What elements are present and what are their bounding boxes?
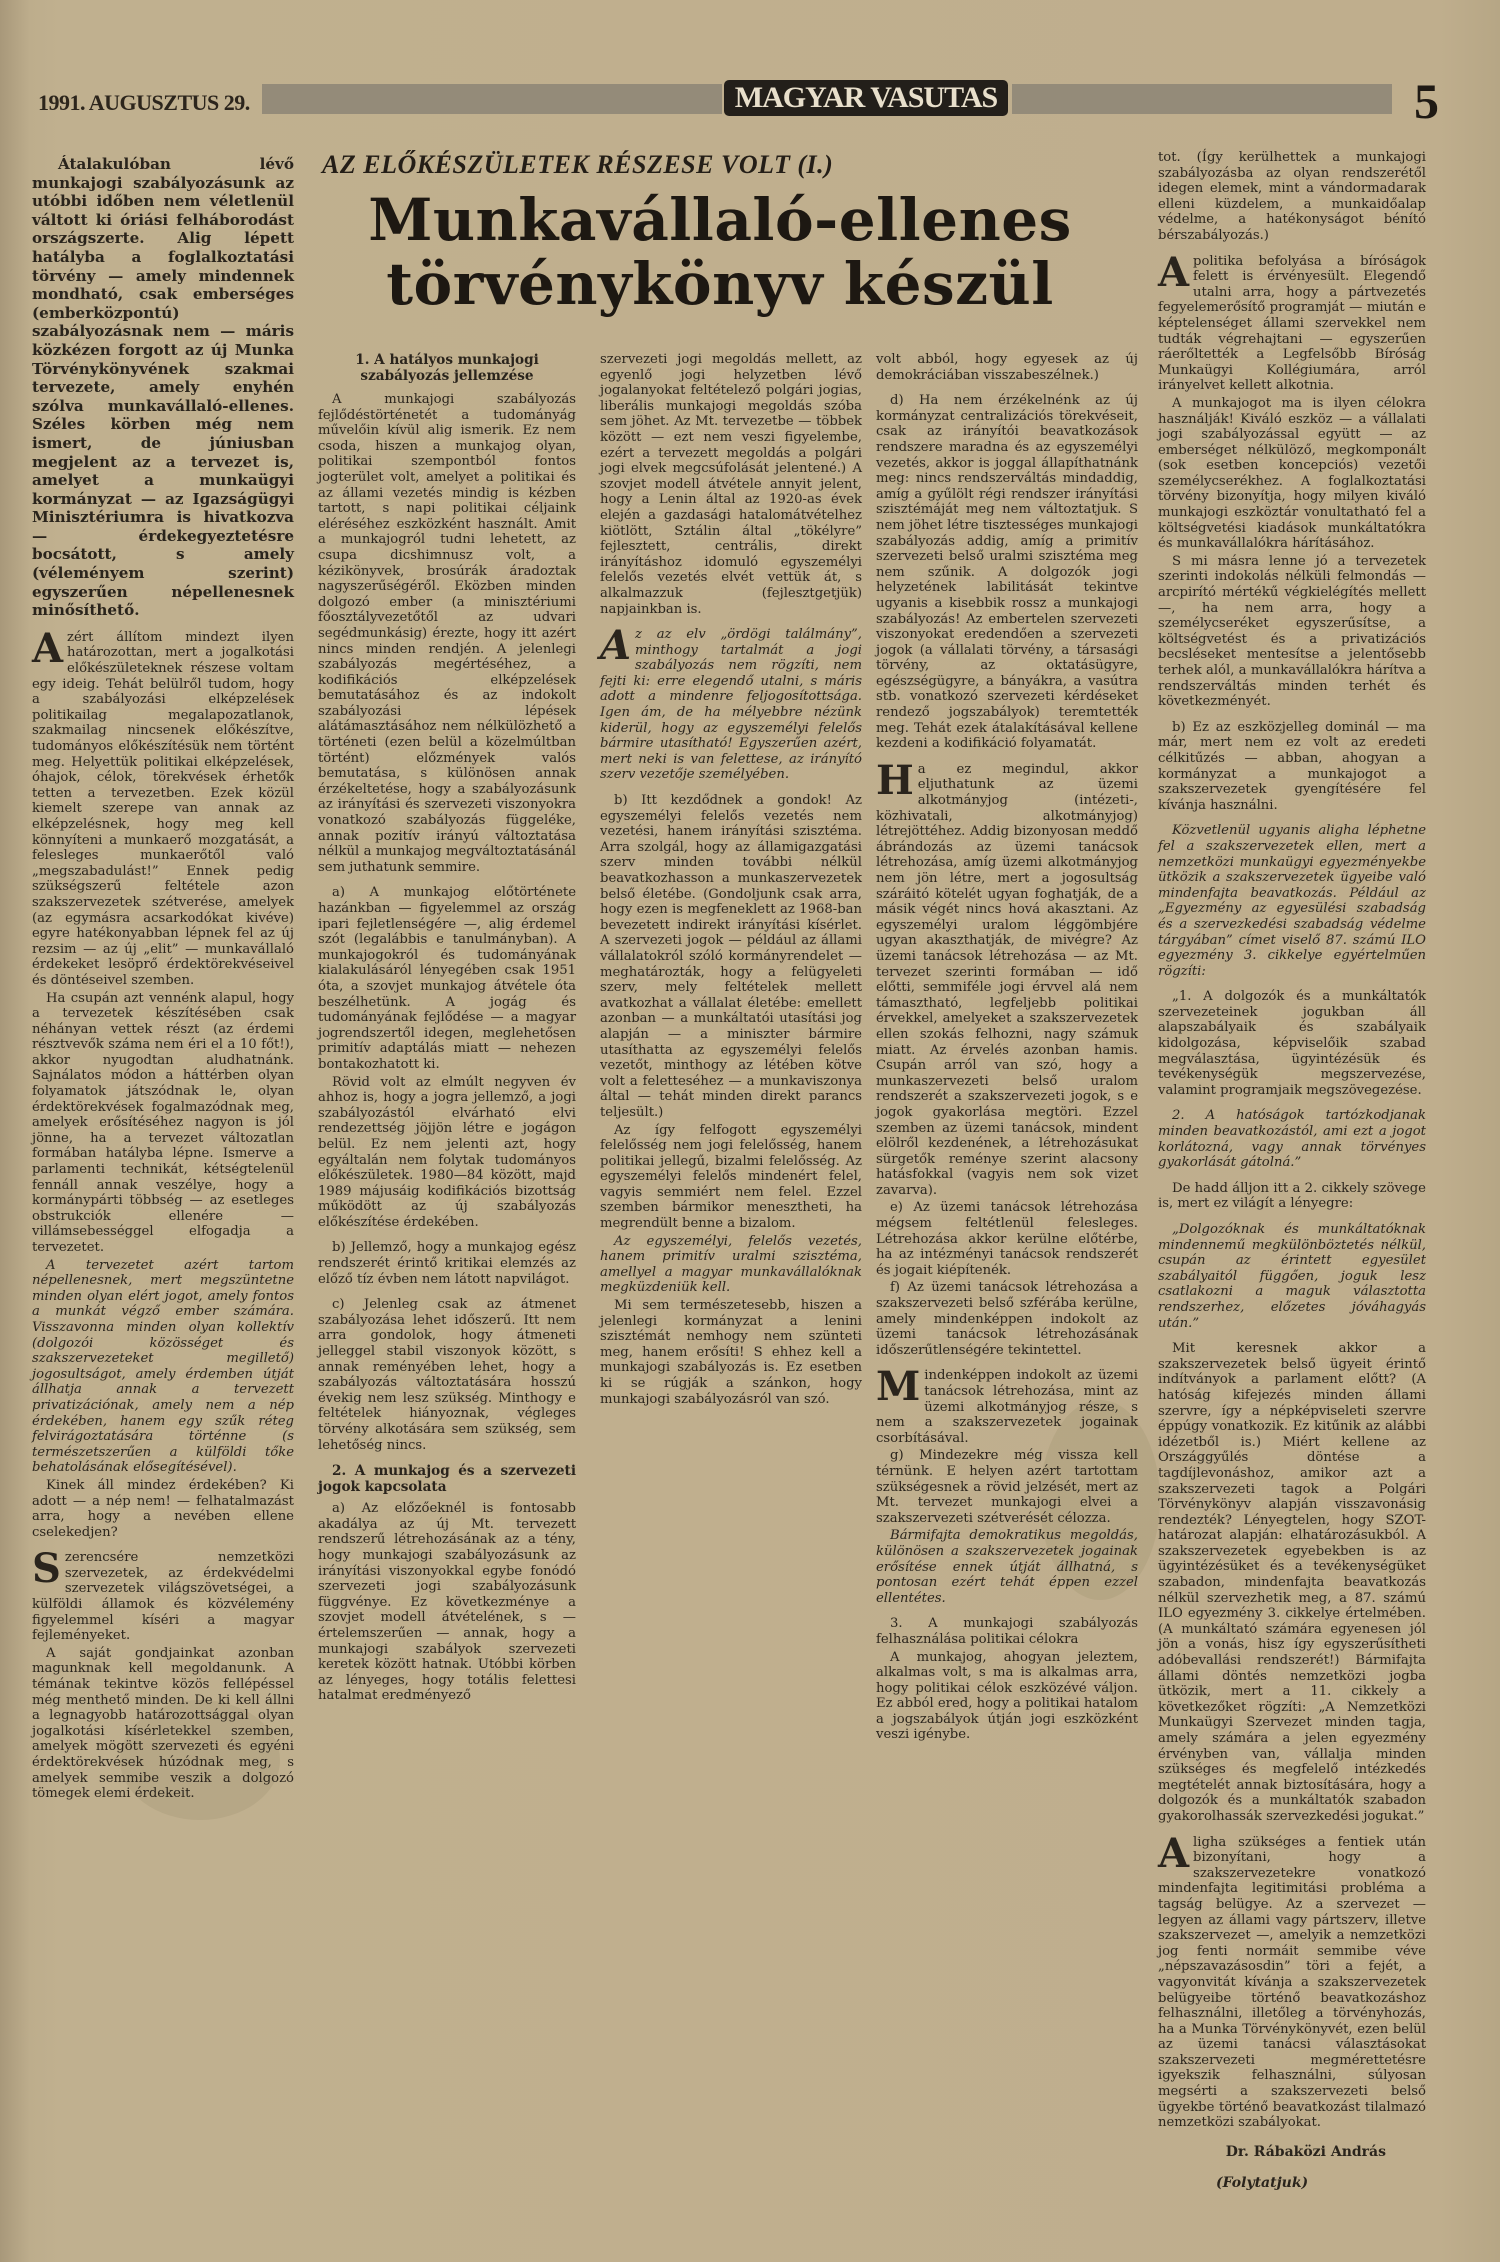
paragraph: Közvetlenül ugyanis aligha léphetne fel … — [1158, 823, 1426, 979]
paragraph: Kinek áll mindez érdekében? Ki adott — a… — [32, 1478, 294, 1540]
column-3: szervezeti jogi megoldás mellett, az egy… — [600, 352, 862, 1409]
paragraph: a) Az előzőeknél is fontosabb akadálya a… — [318, 1501, 576, 1704]
section-heading-2: 2. A munkajog és a szervezeti jogok kapc… — [318, 1463, 576, 1495]
article-headline: Munkavállaló-ellenes törvénykönyv készül — [350, 188, 1090, 316]
paragraph: Mit keresnek akkor a szakszervezetek bel… — [1158, 1341, 1426, 1824]
lead-paragraph: Átalakulóban lévő munkajogi szabályozásu… — [32, 155, 294, 620]
masthead-rule-right — [1012, 84, 1392, 114]
paragraph: Ha ez megindul, akkor eljuthatunk az üze… — [876, 762, 1138, 1199]
paragraph: Mi sem természetesebb, hiszen a jelenleg… — [600, 1298, 862, 1407]
publication-logo: MAGYAR VASUTAS — [724, 80, 1008, 116]
paragraph: Szerencsére nemzetközi szervezetek, az é… — [32, 1550, 294, 1644]
paragraph: A politika befolyása a bíróságok felett … — [1158, 254, 1426, 394]
paragraph: S mi másra lenne jó a tervezetek szerint… — [1158, 554, 1426, 710]
paragraph: Azért állítom mindezt ilyen határozottan… — [32, 630, 294, 989]
headline-line-1: Munkavállaló-ellenes — [350, 188, 1090, 252]
paragraph: Az így felfogott egyszemélyi felelősség … — [600, 1123, 862, 1232]
continued-note: (Folytatjuk) — [1158, 2176, 1426, 2192]
column-5: tot. (Így kerülhettek a munkajogi szabál… — [1158, 150, 1426, 2192]
paragraph: A munkajogi szabályozás fejlődéstörténet… — [318, 392, 576, 875]
paragraph: A munkajogot ma is ilyen célokra használ… — [1158, 396, 1426, 552]
page-number: 5 — [1414, 72, 1439, 130]
paragraph: Az egyszemélyi, felelős vezetés, hanem p… — [600, 1234, 862, 1296]
paragraph: b) Itt kezdődnek a gondok! Az egyszemély… — [600, 793, 862, 1120]
paragraph: A saját gondjainkat azonban magunknak ke… — [32, 1646, 294, 1802]
paragraph: a) A munkajog előtörténete hazánkban — f… — [318, 885, 576, 1072]
quote-paragraph: 2. A hatóságok tartózkodjanak minden bea… — [1158, 1108, 1426, 1170]
paragraph: szervezeti jogi megoldás mellett, az egy… — [600, 352, 862, 617]
paragraph: A munkajog, ahogyan jeleztem, alkalmas v… — [876, 1650, 1138, 1744]
paragraph: Aligha szükséges a fentiek után bizonyít… — [1158, 1835, 1426, 2131]
paragraph: d) Ha nem érzékelnénk az új kormányzat c… — [876, 393, 1138, 752]
paragraph: b) Ez az eszközjelleg dominál — ma már, … — [1158, 720, 1426, 814]
issue-date: 1991. AUGUSZTUS 29. — [38, 90, 250, 116]
paragraph: e) Az üzemi tanácsok létrehozása mégsem … — [876, 1200, 1138, 1278]
paragraph: Rövid volt az elmúlt negyven év ahhoz is… — [318, 1075, 576, 1231]
masthead: 1991. AUGUSZTUS 29. MAGYAR VASUTAS 5 — [0, 80, 1500, 120]
paragraph: b) Jellemző, hogy a munkajog egész rends… — [318, 1240, 576, 1287]
quote-paragraph: „Dolgozóknak és munkáltatóknak mindennem… — [1158, 1222, 1426, 1331]
paragraph: tot. (Így kerülhettek a munkajogi szabál… — [1158, 150, 1426, 244]
paragraph: A tervezetet azért tartom népellenesnek,… — [32, 1258, 294, 1476]
paragraph: volt abból, hogy egyesek az új demokráci… — [876, 352, 1138, 383]
author-signature: Dr. Rábaközi András — [1158, 2145, 1426, 2161]
paragraph: 3. A munkajogi szabályozás felhasználása… — [876, 1616, 1138, 1647]
paragraph: Az az elv „ördögi találmány”, minthogy t… — [600, 627, 862, 783]
headline-line-2: törvénykönyv készül — [350, 252, 1090, 316]
paragraph: Bármifajta demokratikus megoldás, különö… — [876, 1528, 1138, 1606]
paragraph: f) Az üzemi tanácsok létrehozása a szaks… — [876, 1280, 1138, 1358]
paragraph: De hadd álljon itt a 2. cikkely szövege … — [1158, 1181, 1426, 1212]
column-4: volt abból, hogy egyesek az új demokráci… — [876, 352, 1138, 1745]
paragraph: Ha csupán azt vennénk alapul, hogy a ter… — [32, 991, 294, 1256]
newspaper-page: 1991. AUGUSZTUS 29. MAGYAR VASUTAS 5 AZ … — [0, 0, 1500, 2262]
column-2: 1. A hatályos munkajogi szabályozás jell… — [318, 352, 576, 1706]
article-kicker: AZ ELŐKÉSZÜLETEK RÉSZESE VOLT (I.) — [322, 150, 833, 180]
column-1: Átalakulóban lévő munkajogi szabályozásu… — [32, 155, 294, 1804]
section-heading-1: 1. A hatályos munkajogi szabályozás jell… — [318, 352, 576, 384]
quote-paragraph: „1. A dolgozók és a munkáltatók szerveze… — [1158, 989, 1426, 1098]
paragraph: g) Mindezekre még vissza kell térnünk. E… — [876, 1448, 1138, 1526]
masthead-rule-left — [262, 84, 722, 114]
paragraph: Mindenképpen indokolt az üzemi tanácsok … — [876, 1368, 1138, 1446]
paragraph: c) Jelenleg csak az átmenet szabályozása… — [318, 1297, 576, 1453]
